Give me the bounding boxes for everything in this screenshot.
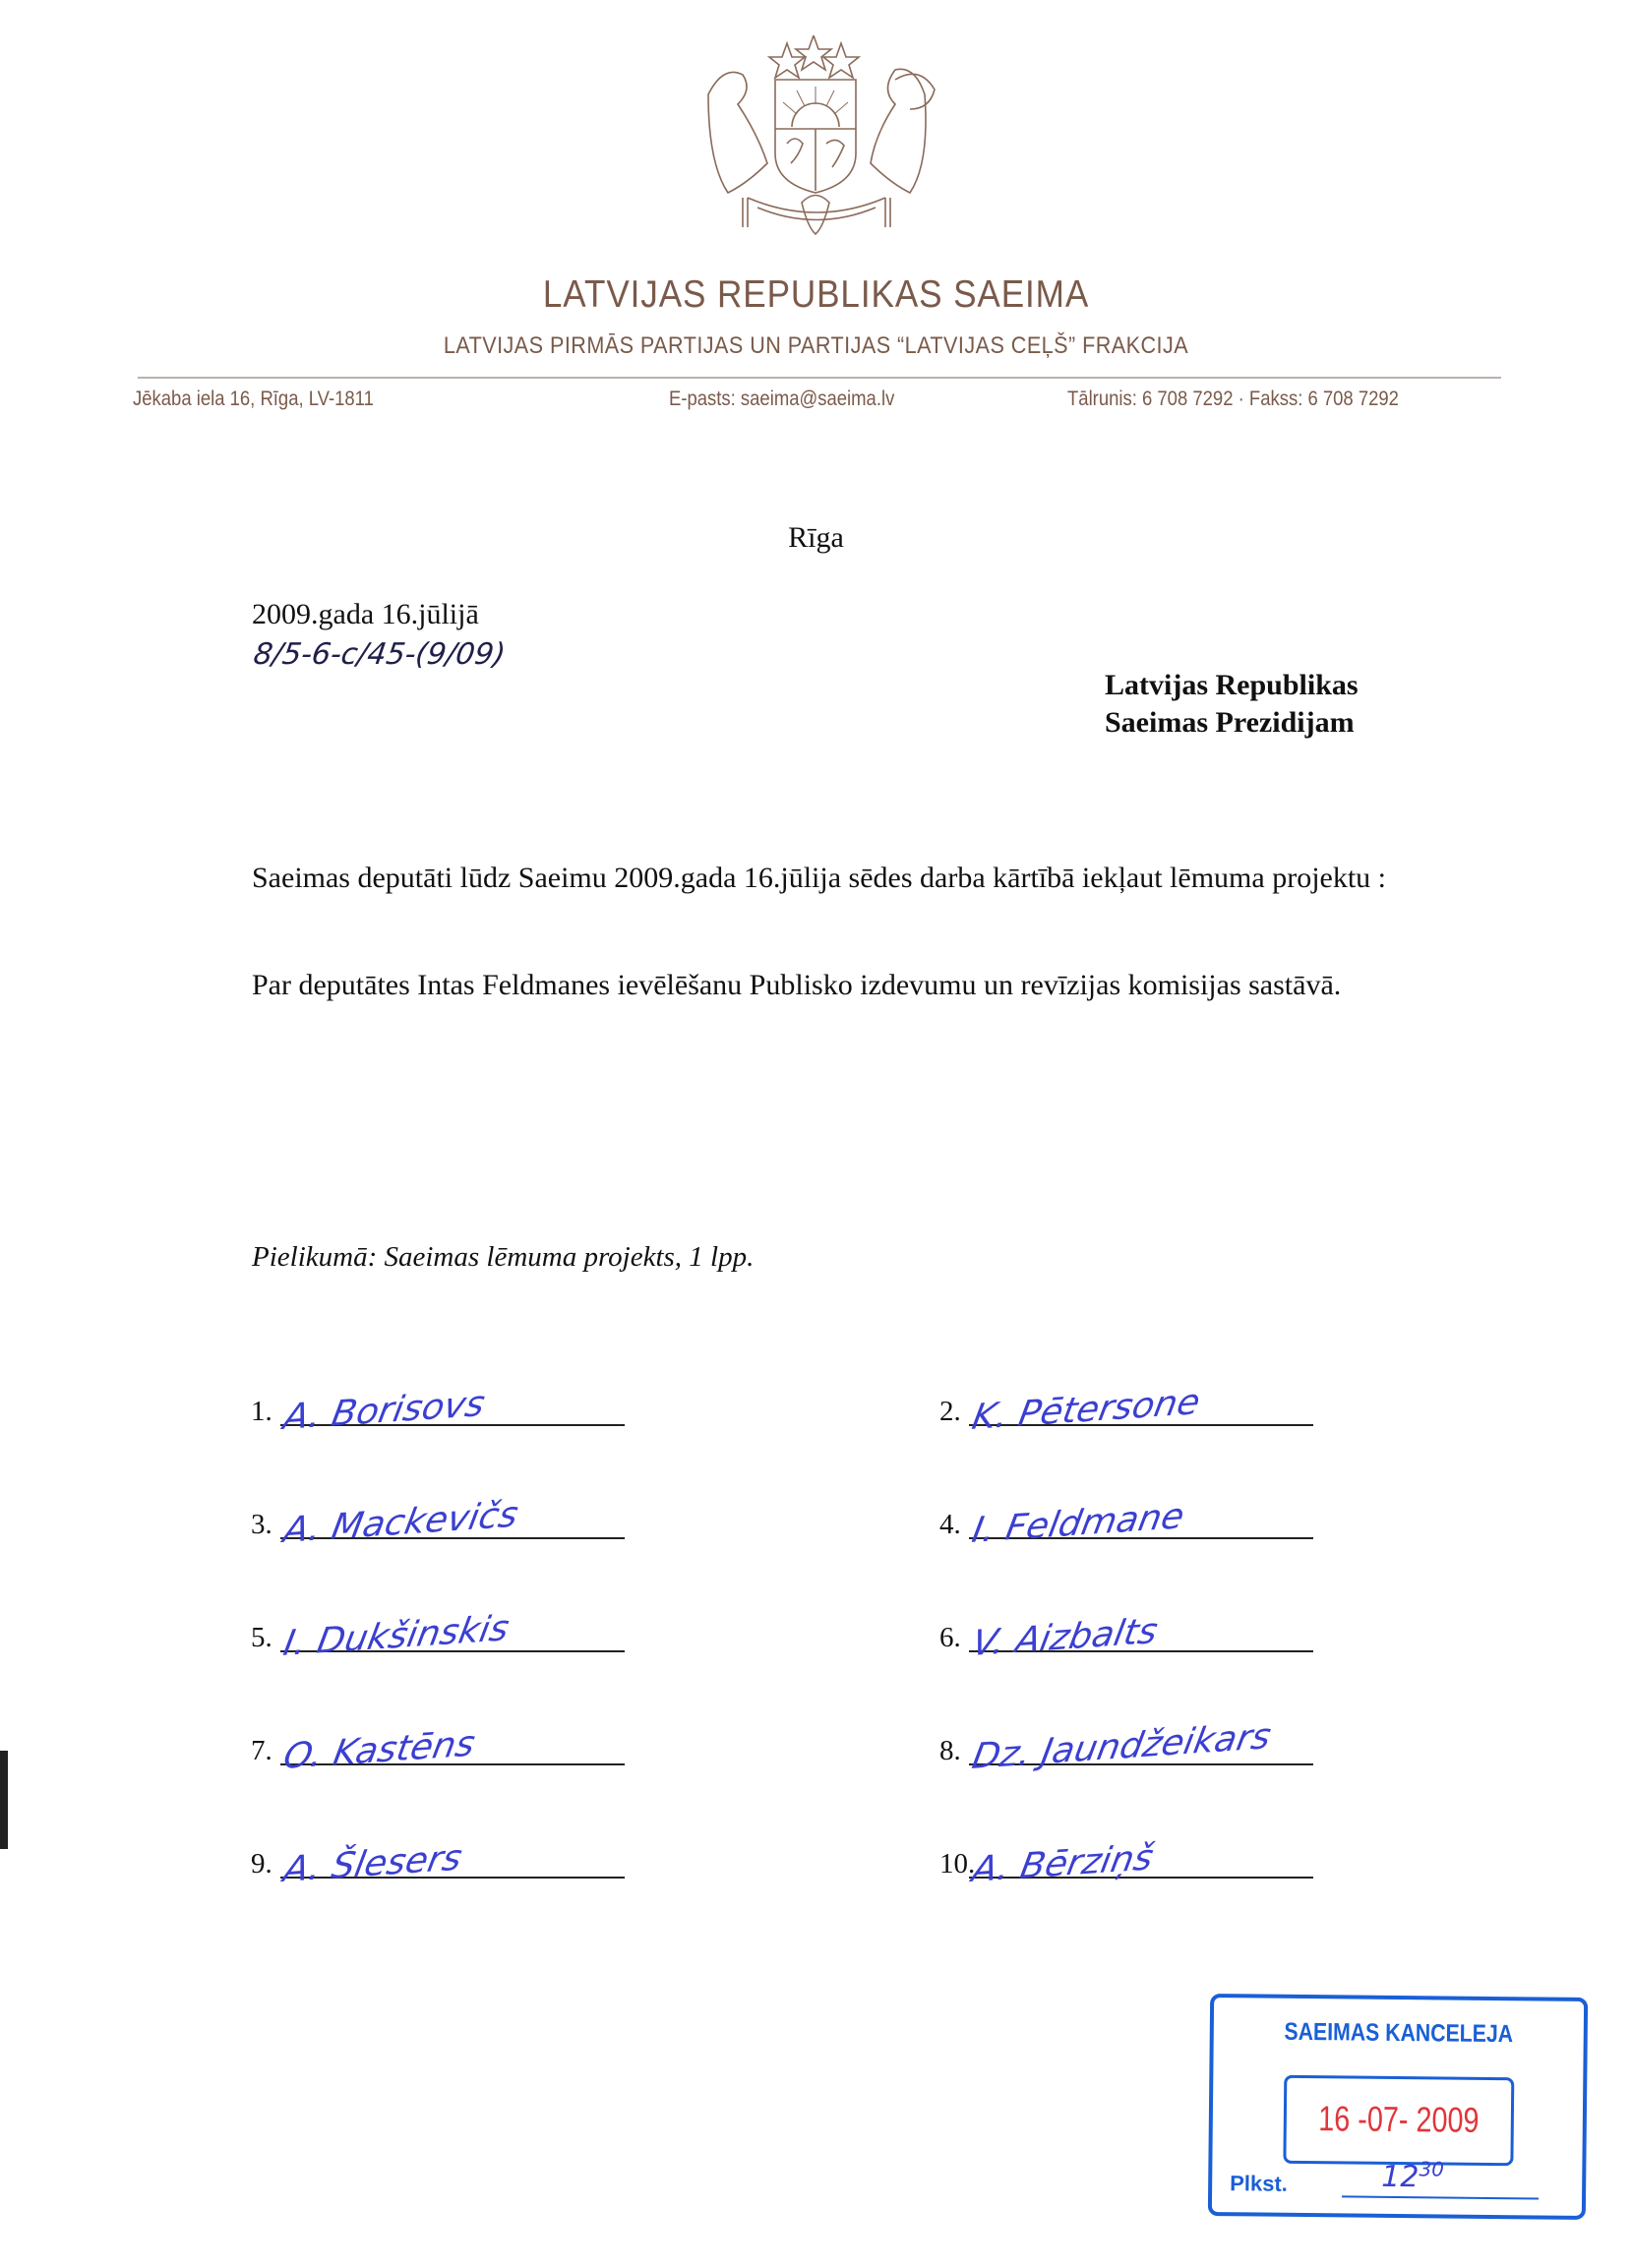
city: Rīga bbox=[0, 521, 1632, 555]
handwritten-signature: O. Kastēns bbox=[280, 1724, 478, 1777]
coat-of-arms-icon bbox=[689, 35, 946, 237]
stamp-time-line bbox=[1342, 2195, 1539, 2199]
letterhead-address: Jēkaba iela 16, Rīga, LV-1811 bbox=[133, 388, 374, 411]
scan-edge-mark bbox=[0, 1751, 8, 1849]
signature-number: 1. bbox=[251, 1396, 272, 1428]
signature-number: 2. bbox=[939, 1396, 961, 1428]
handwritten-signature: I. Dukšinskis bbox=[280, 1608, 513, 1664]
stamp-title: SAEIMAS KANCELEJA bbox=[1241, 2017, 1556, 2049]
body-paragraph-subject: Par deputātes Intas Feldmanes ievēlēšanu… bbox=[252, 966, 1403, 1004]
attachment-note: Pielikumā: Saeimas lēmuma projekts, 1 lp… bbox=[252, 1241, 754, 1274]
addressee-line-1: Latvijas Republikas bbox=[1105, 669, 1359, 702]
signature-row: 5.I. Dukšinskis bbox=[251, 1615, 644, 1654]
signature-number: 3. bbox=[251, 1509, 272, 1541]
handwritten-signature: Dz. Jaundžeikars bbox=[969, 1716, 1274, 1777]
handwritten-registration-number: 8/5-6-c/45-(9/09) bbox=[252, 637, 508, 672]
signature-number: 9. bbox=[251, 1848, 272, 1880]
letterhead-phone: Tālrunis: 6 708 7292 · Fakss: 6 708 7292 bbox=[1067, 388, 1399, 411]
signature-row: 7.O. Kastēns bbox=[251, 1728, 644, 1767]
body-paragraph-request: Saeimas deputāti lūdz Saeimu 2009.gada 1… bbox=[252, 859, 1403, 897]
stamp-time-minutes: 30 bbox=[1419, 2157, 1444, 2180]
stamp-time-label: Plkst. bbox=[1230, 2171, 1288, 2197]
letterhead-subtitle: LATVIJAS PIRMĀS PARTIJAS UN PARTIJAS “LA… bbox=[82, 332, 1550, 360]
handwritten-signature: A. Borisovs bbox=[280, 1384, 488, 1438]
stamp-time-handwritten: 1230 bbox=[1381, 2157, 1444, 2195]
handwritten-signature: A. Bērziņš bbox=[969, 1838, 1156, 1890]
signature-row: 10.A. Bērziņš bbox=[939, 1841, 1333, 1880]
stamp-date-box: 16 -07- 2009 bbox=[1283, 2075, 1514, 2166]
signature-row: 1.A. Borisovs bbox=[251, 1389, 644, 1428]
letterhead-email: E-pasts: saeima@saeima.lv bbox=[669, 388, 894, 411]
signature-row: 4.I. Feldmane bbox=[939, 1502, 1333, 1541]
stamp-time-hour: 12 bbox=[1381, 2160, 1420, 2194]
handwritten-signature: V. Aizbalts bbox=[969, 1611, 1161, 1664]
signature-number: 5. bbox=[251, 1622, 272, 1654]
signature-row: 8.Dz. Jaundžeikars bbox=[939, 1728, 1333, 1767]
letterhead-title: LATVIJAS REPUBLIKAS SAEIMA bbox=[82, 273, 1550, 317]
signature-number: 7. bbox=[251, 1735, 272, 1767]
handwritten-signature: K. Pētersone bbox=[969, 1382, 1203, 1438]
signature-number: 8. bbox=[939, 1735, 961, 1767]
addressee-line-2: Saeimas Prezidijam bbox=[1105, 706, 1355, 740]
handwritten-signature: A. Šlesers bbox=[280, 1838, 465, 1890]
stamp-date: 16 -07- 2009 bbox=[1308, 2098, 1488, 2141]
signature-row: 6.V. Aizbalts bbox=[939, 1615, 1333, 1654]
handwritten-signature: A. Mackevičs bbox=[280, 1495, 521, 1551]
signature-number: 6. bbox=[939, 1622, 961, 1654]
signature-row: 3.A. Mackevičs bbox=[251, 1502, 644, 1541]
signature-row: 9.A. Šlesers bbox=[251, 1841, 644, 1880]
registry-stamp: SAEIMAS KANCELEJA 16 -07- 2009 Plkst. 12… bbox=[1208, 1994, 1588, 2220]
letterhead-divider bbox=[138, 377, 1501, 379]
signature-number: 4. bbox=[939, 1509, 961, 1541]
signature-row: 2.K. Pētersone bbox=[939, 1389, 1333, 1428]
document-date: 2009.gada 16.jūlijā bbox=[252, 598, 479, 631]
handwritten-signature: I. Feldmane bbox=[969, 1496, 1187, 1551]
